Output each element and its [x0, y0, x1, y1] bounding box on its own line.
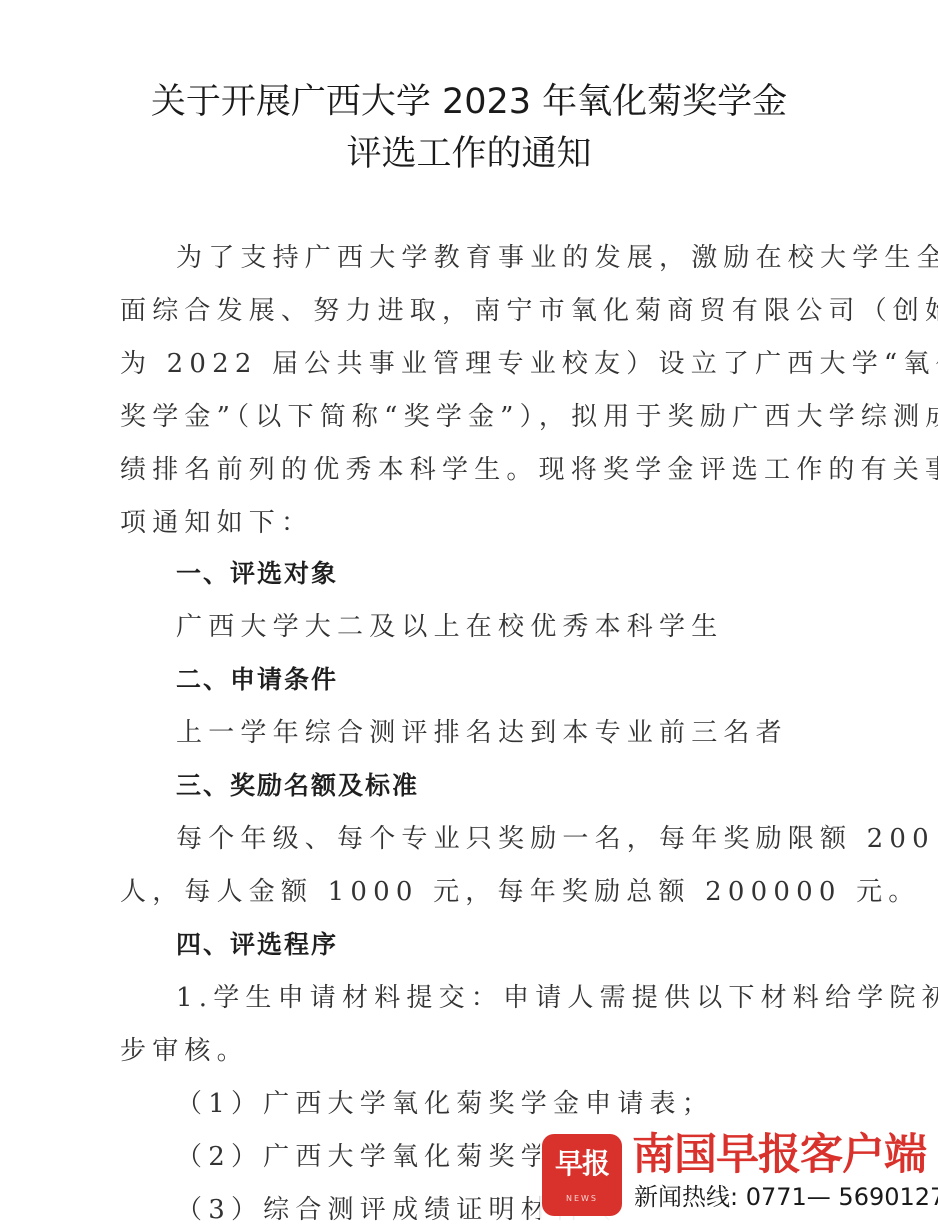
section-line: 步审核。 [120, 1036, 249, 1066]
document-title-line-1: 关于开展广西大学 2023 年氧化菊奖学金 [0, 74, 938, 124]
logo-text: 早报 [542, 1148, 622, 1180]
section-line: 上一学年综合测评排名达到本专业前三名者 [176, 718, 788, 748]
section-line: 1.学生申请材料提交：申请人需提供以下材料给学院初 [176, 983, 938, 1013]
section-line: 人，每人金额 1000 元，每年奖励总额 200000 元。 [120, 877, 920, 907]
news-watermark: 早报 NEWS 南国早报客户端 新闻热线: 0771— 5690127 [540, 1130, 938, 1224]
intro-line: 项通知如下： [120, 508, 313, 538]
intro-line: 绩排名前列的优秀本科学生。现将奖学金评选工作的有关事 [120, 455, 938, 485]
list-item: （1）广西大学氧化菊奖学金申请表； [176, 1089, 714, 1119]
section-line: 广西大学大二及以上在校优秀本科学生 [176, 612, 723, 642]
intro-line: 奖学金”（以下简称“奖学金”），拟用于奖励广西大学综测成 [120, 402, 938, 432]
section-heading: 二、申请条件 [176, 665, 338, 695]
intro-line: 为了支持广西大学教育事业的发展，激励在校大学生全 [176, 243, 938, 273]
section-heading: 四、评选程序 [176, 930, 338, 960]
brand-name: 南国早报客户端 [632, 1130, 926, 1180]
newspaper-logo-icon: 早报 NEWS [542, 1134, 622, 1216]
logo-subtext: NEWS [542, 1194, 622, 1203]
intro-line: 面综合发展、努力进取，南宁市氧化菊商贸有限公司（创始人 [120, 296, 938, 326]
intro-line: 为 2022 届公共事业管理专业校友）设立了广西大学“氧化菊 [120, 349, 938, 379]
section-heading: 三、奖励名额及标准 [176, 771, 419, 801]
section-heading: 一、评选对象 [176, 559, 338, 589]
section-line: 每个年级、每个专业只奖励一名，每年奖励限额 200 [176, 824, 935, 854]
news-hotline: 新闻热线: 0771— 5690127 [634, 1182, 938, 1212]
document-title-line-2: 评选工作的通知 [0, 126, 938, 176]
